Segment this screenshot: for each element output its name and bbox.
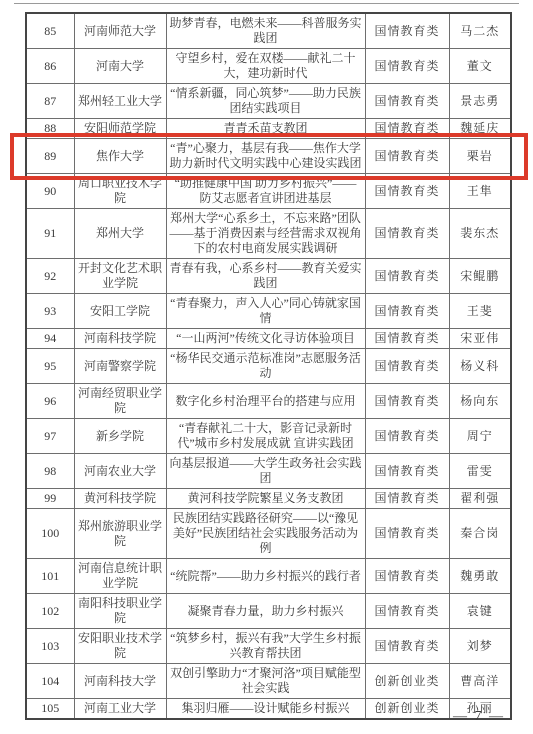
cell-project: 集羽归雁——设计赋能乡村振兴 xyxy=(166,699,365,720)
cell-category: 国情教育类 xyxy=(365,419,449,454)
cell-project: 双创引擎助力“才聚河洛”项目赋能型社会实践 xyxy=(166,664,365,699)
cell-university: 郑州轻工业大学 xyxy=(74,84,166,119)
cell-project: “助推健康中国 助力乡村振兴”——防艾志愿者宣讲团进基层 xyxy=(166,174,365,209)
cell-university: 开封文化艺术职业学院 xyxy=(74,259,166,294)
cell-project: “青”心聚力，基层有我——焦作大学助力新时代文明实践中心建设实践团 xyxy=(166,139,365,174)
table-row: 100 郑州旅游职业学院 民族团结实践路径研究——以“豫见美好”民族团结社会实践… xyxy=(26,509,511,559)
table-row: 98 河南农业大学 向基层报道——大学生政务社会实践团 国情教育类 雷雯 xyxy=(26,454,511,489)
cell-university: 新乡学院 xyxy=(74,419,166,454)
cell-category: 国情教育类 xyxy=(365,174,449,209)
table-row: 104 河南科技大学 双创引擎助力“才聚河洛”项目赋能型社会实践 创新创业类 曹… xyxy=(26,664,511,699)
cell-name: 宋亚伟 xyxy=(449,329,511,349)
table-row: 88 安阳师范学院 青青禾苗支教团 国情教育类 魏延庆 xyxy=(26,119,511,139)
cell-university: 河南警察学院 xyxy=(74,349,166,384)
cell-serial: 98 xyxy=(26,454,74,489)
cell-category: 国情教育类 xyxy=(365,294,449,329)
cell-name: 曹高洋 xyxy=(449,664,511,699)
cell-university: 安阳职业技术学院 xyxy=(74,629,166,664)
cell-serial: 94 xyxy=(26,329,74,349)
cell-category: 创新创业类 xyxy=(365,664,449,699)
table-row: 91 郑州大学 郑州大学“心系乡土，不忘来路”团队——基于消费因素与经营需求双视… xyxy=(26,209,511,259)
cell-serial: 91 xyxy=(26,209,74,259)
table-row: 85 河南师范大学 助梦青春，电燃未来——科普服务实践团 国情教育类 马二杰 xyxy=(26,13,511,49)
cell-project: 民族团结实践路径研究——以“豫见美好”民族团结社会实践服务活动为例 xyxy=(166,509,365,559)
table-row: 87 郑州轻工业大学 “情系新疆，同心筑梦”——助力民族团结实践项目 国情教育类… xyxy=(26,84,511,119)
cell-name: 栗岩 xyxy=(449,139,511,174)
cell-name: 裴东杰 xyxy=(449,209,511,259)
table-row: 97 新乡学院 “青春献礼二十大，影音记录新时代”城市乡村发展成就 宣讲实践团 … xyxy=(26,419,511,454)
cell-university: 河南科技大学 xyxy=(74,664,166,699)
table-row: 92 开封文化艺术职业学院 青春有我，心系乡村——教育关爱实践团 国情教育类 宋… xyxy=(26,259,511,294)
table-row: 96 河南经贸职业学院 数字化乡村治理平台的搭建与应用 国情教育类 杨向东 xyxy=(26,384,511,419)
cell-university: 河南农业大学 xyxy=(74,454,166,489)
cell-university: 河南科技学院 xyxy=(74,329,166,349)
cell-university: 河南信息统计职业学院 xyxy=(74,559,166,594)
cell-category: 国情教育类 xyxy=(365,84,449,119)
cell-university: 河南大学 xyxy=(74,49,166,84)
cell-serial: 96 xyxy=(26,384,74,419)
cell-category: 国情教育类 xyxy=(365,329,449,349)
cell-category: 国情教育类 xyxy=(365,594,449,629)
cell-serial: 104 xyxy=(26,664,74,699)
table-row: 101 河南信息统计职业学院 “统院帮”——助力乡村振兴的践行者 国情教育类 魏… xyxy=(26,559,511,594)
cell-category: 国情教育类 xyxy=(365,489,449,509)
cell-serial: 90 xyxy=(26,174,74,209)
cell-university: 南阳科技职业学院 xyxy=(74,594,166,629)
cell-name: 杨向东 xyxy=(449,384,511,419)
cell-category: 国情教育类 xyxy=(365,559,449,594)
cell-university: 焦作大学 xyxy=(74,139,166,174)
cell-category: 国情教育类 xyxy=(365,384,449,419)
cell-project: “统院帮”——助力乡村振兴的践行者 xyxy=(166,559,365,594)
cell-name: 董文 xyxy=(449,49,511,84)
cell-category: 国情教育类 xyxy=(365,349,449,384)
cell-name: 刘梦 xyxy=(449,629,511,664)
cell-name: 杨义科 xyxy=(449,349,511,384)
cell-project: 守望乡村，爱在双楼——献礼二十大，建功新时代 xyxy=(166,49,365,84)
cell-project: “青春献礼二十大，影音记录新时代”城市乡村发展成就 宣讲实践团 xyxy=(166,419,365,454)
cell-name: 秦合岗 xyxy=(449,509,511,559)
document-page: 85 河南师范大学 助梦青春，电燃未来——科普服务实践团 国情教育类 马二杰 8… xyxy=(0,0,533,734)
cell-project: “筑梦乡村，振兴有我”大学生乡村振兴教育帮扶团 xyxy=(166,629,365,664)
cell-university: 安阳工学院 xyxy=(74,294,166,329)
cell-serial: 86 xyxy=(26,49,74,84)
table-row: 99 黄河科技学院 黄河科技学院繁星义务支教团 国情教育类 翟利强 xyxy=(26,489,511,509)
awards-table: 85 河南师范大学 助梦青春，电燃未来——科普服务实践团 国情教育类 马二杰 8… xyxy=(25,12,512,720)
cell-university: 郑州大学 xyxy=(74,209,166,259)
cell-serial: 103 xyxy=(26,629,74,664)
cell-name: 雷雯 xyxy=(449,454,511,489)
table-row: 103 安阳职业技术学院 “筑梦乡村，振兴有我”大学生乡村振兴教育帮扶团 国情教… xyxy=(26,629,511,664)
table-row: 102 南阳科技职业学院 凝聚青春力量，助力乡村振兴 国情教育类 袁键 xyxy=(26,594,511,629)
cell-category: 国情教育类 xyxy=(365,509,449,559)
cell-project: “一山两河”传统文化寻访体验项目 xyxy=(166,329,365,349)
cell-serial: 101 xyxy=(26,559,74,594)
cell-serial: 105 xyxy=(26,699,74,720)
cell-name: 魏延庆 xyxy=(449,119,511,139)
cell-project: 向基层报道——大学生政务社会实践团 xyxy=(166,454,365,489)
cell-name: 王斐 xyxy=(449,294,511,329)
cell-serial: 97 xyxy=(26,419,74,454)
cell-project: 凝聚青春力量，助力乡村振兴 xyxy=(166,594,365,629)
cell-project: 青青禾苗支教团 xyxy=(166,119,365,139)
table-row: 95 河南警察学院 “杨华民交通示范标准岗”志愿服务活动 国情教育类 杨义科 xyxy=(26,349,511,384)
page-number: — 7 — xyxy=(453,709,505,725)
table-row: 105 河南工业大学 集羽归雁——设计赋能乡村振兴 创新创业类 孙丽 xyxy=(26,699,511,720)
cell-category: 国情教育类 xyxy=(365,259,449,294)
cell-serial: 85 xyxy=(26,13,74,49)
cell-name: 马二杰 xyxy=(449,13,511,49)
cell-project: “青春聚力，声入人心”同心铸就家国情 xyxy=(166,294,365,329)
cell-serial: 99 xyxy=(26,489,74,509)
cell-university: 黄河科技学院 xyxy=(74,489,166,509)
cell-category: 创新创业类 xyxy=(365,699,449,720)
cell-category: 国情教育类 xyxy=(365,49,449,84)
cell-category: 国情教育类 xyxy=(365,209,449,259)
cell-project: “情系新疆，同心筑梦”——助力民族团结实践项目 xyxy=(166,84,365,119)
cell-name: 袁键 xyxy=(449,594,511,629)
cell-name: 景志勇 xyxy=(449,84,511,119)
cell-name: 王隼 xyxy=(449,174,511,209)
cell-name: 翟利强 xyxy=(449,489,511,509)
cell-serial: 87 xyxy=(26,84,74,119)
cell-name: 宋鲲鹏 xyxy=(449,259,511,294)
cell-university: 安阳师范学院 xyxy=(74,119,166,139)
cell-serial: 89 xyxy=(26,139,74,174)
cell-project: 青春有我，心系乡村——教育关爱实践团 xyxy=(166,259,365,294)
cell-university: 河南师范大学 xyxy=(74,13,166,49)
cell-name: 周宁 xyxy=(449,419,511,454)
table-row: 89 焦作大学 “青”心聚力，基层有我——焦作大学助力新时代文明实践中心建设实践… xyxy=(26,139,511,174)
cell-university: 郑州旅游职业学院 xyxy=(74,509,166,559)
table-row: 90 周口职业技术学院 “助推健康中国 助力乡村振兴”——防艾志愿者宣讲团进基层… xyxy=(26,174,511,209)
cell-name: 魏勇敢 xyxy=(449,559,511,594)
cell-category: 国情教育类 xyxy=(365,629,449,664)
cell-category: 国情教育类 xyxy=(365,13,449,49)
cell-project: “杨华民交通示范标准岗”志愿服务活动 xyxy=(166,349,365,384)
cell-university: 河南工业大学 xyxy=(74,699,166,720)
cell-university: 河南经贸职业学院 xyxy=(74,384,166,419)
cell-university: 周口职业技术学院 xyxy=(74,174,166,209)
cell-project: 助梦青春，电燃未来——科普服务实践团 xyxy=(166,13,365,49)
cell-category: 国情教育类 xyxy=(365,139,449,174)
table-body: 85 河南师范大学 助梦青春，电燃未来——科普服务实践团 国情教育类 马二杰 8… xyxy=(26,13,511,719)
cell-serial: 88 xyxy=(26,119,74,139)
table-row: 93 安阳工学院 “青春聚力，声入人心”同心铸就家国情 国情教育类 王斐 xyxy=(26,294,511,329)
cell-category: 国情教育类 xyxy=(365,119,449,139)
cell-project: 黄河科技学院繁星义务支教团 xyxy=(166,489,365,509)
cell-serial: 92 xyxy=(26,259,74,294)
table-row: 94 河南科技学院 “一山两河”传统文化寻访体验项目 国情教育类 宋亚伟 xyxy=(26,329,511,349)
cell-serial: 95 xyxy=(26,349,74,384)
cell-serial: 93 xyxy=(26,294,74,329)
cell-category: 国情教育类 xyxy=(365,454,449,489)
cell-project: 郑州大学“心系乡土，不忘来路”团队——基于消费因素与经营需求双视角下的农村电商发… xyxy=(166,209,365,259)
cell-project: 数字化乡村治理平台的搭建与应用 xyxy=(166,384,365,419)
table-row: 86 河南大学 守望乡村，爱在双楼——献礼二十大，建功新时代 国情教育类 董文 xyxy=(26,49,511,84)
page-top-rule xyxy=(14,3,519,4)
cell-serial: 102 xyxy=(26,594,74,629)
cell-serial: 100 xyxy=(26,509,74,559)
